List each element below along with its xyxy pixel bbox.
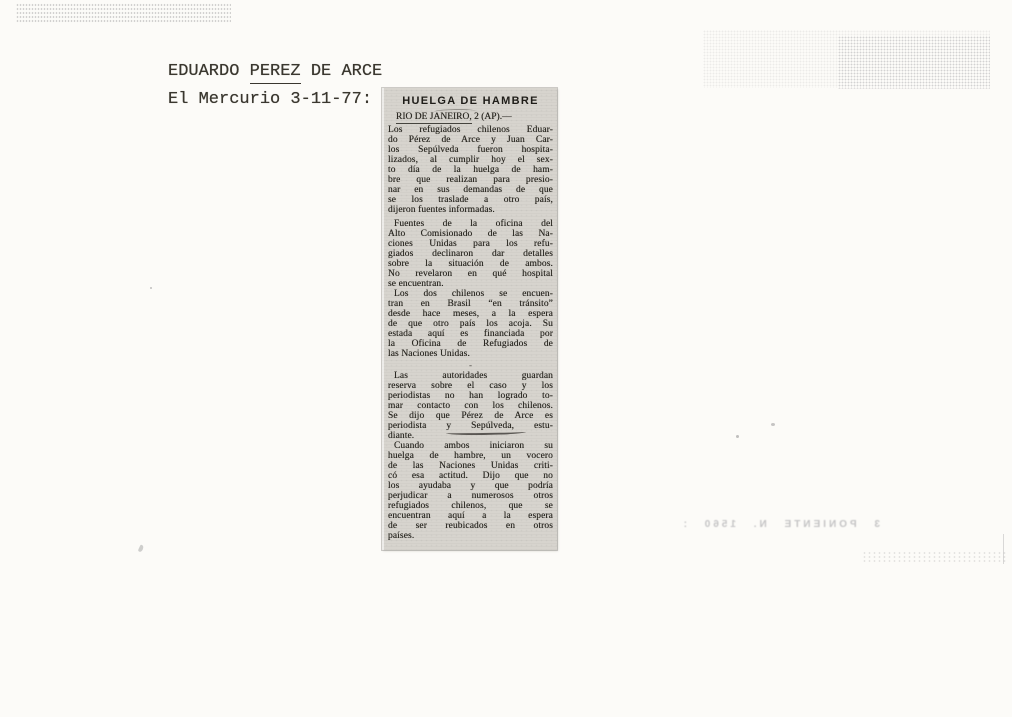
typed-name-line: EDUARDO PEREZ DE ARCE: [168, 62, 382, 82]
article-line: lizados, al cumplir hoy el sex-: [388, 155, 553, 165]
typed-name-post: DE ARCE: [301, 62, 383, 81]
article-line: nar en sus demandas de que: [388, 185, 553, 195]
article-line: Se dijo que Pérez de Arce es: [388, 411, 553, 421]
clipping-dateline: RIO DE JANEIRO, 2 (AP).—: [388, 112, 553, 123]
ink-bleedthrough-text: 3 PONIENTE N. 1560 :: [548, 519, 880, 534]
article-line: bre que realizan para presio-: [388, 175, 553, 185]
article-line: Los dos chilenos se encuen-: [388, 289, 553, 299]
article-line: Fuentes de la oficina del: [388, 219, 553, 229]
article-line: do Pérez de Arce y Juan Car-: [388, 135, 553, 145]
article-line: huelga de hambre, un vocero: [388, 451, 553, 461]
scan-noise-bottom-streak: [862, 551, 1008, 563]
article-line: de las Naciones Unidas criti-: [388, 461, 553, 471]
section-dash-mark: -: [388, 359, 553, 371]
article-line: sobre la situación de ambos.: [388, 259, 553, 269]
typed-annotation: EDUARDO PEREZ DE ARCE El Mercurio 3-11-7…: [168, 62, 382, 110]
ink-speck: [150, 287, 152, 289]
article-line: perjudicar a numerosos otros: [388, 491, 553, 501]
article-line: desde hace meses, a la espera: [388, 309, 553, 319]
scan-noise-top-right-dense: [838, 36, 990, 89]
article-line: se los traslade a otro país,: [388, 195, 553, 205]
article-line: giados declinaron dar detalles: [388, 249, 553, 259]
newspaper-clipping: HUELGA DE HAMBRE RIO DE JANEIRO, 2 (AP).…: [382, 88, 557, 550]
article-line: periodistas no han logrado to-: [388, 391, 553, 401]
article-line: Cuando ambos iniciaron su: [388, 441, 553, 451]
scan-noise-top-left: [16, 3, 231, 23]
article-line: Las autoridades guardan: [388, 371, 553, 381]
article-line: ciones Unidas para los refu-: [388, 239, 553, 249]
article-paragraph-1: Los refugiados chilenos Eduar-do Pérez d…: [388, 125, 553, 215]
article-line: estada aquí es financiada por: [388, 329, 553, 339]
article-paragraph-2: Fuentes de la oficina delAlto Comisionad…: [388, 219, 553, 289]
article-line: mar contacto con los chilenos.: [388, 401, 553, 411]
clipping-headline: HUELGA DE HAMBRE: [388, 94, 553, 108]
article-line: reserva sobre el caso y los: [388, 381, 553, 391]
article-line: de que otro país los acoja. Su: [388, 319, 553, 329]
article-line: encuentran aquí a la espera: [388, 511, 553, 521]
article-line: tran en Brasil “en tránsito”: [388, 299, 553, 309]
scanned-page: 3 PONIENTE N. 1560 : EDUARDO PEREZ DE AR…: [0, 0, 1012, 717]
article-line: Los refugiados chilenos Eduar-: [388, 125, 553, 135]
article-line: dijeron fuentes informadas.: [388, 205, 553, 215]
dateline-rest: 2 (AP).—: [472, 112, 512, 122]
page-crease: [1003, 534, 1004, 564]
article-line: có esa actitud. Dijo que no: [388, 471, 553, 481]
article-paragraph-5: Cuando ambos iniciaron suhuelga de hambr…: [388, 441, 553, 541]
article-line: las Naciones Unidas.: [388, 349, 553, 359]
article-line: países.: [388, 531, 553, 541]
article-line: to día de la huelga de ham-: [388, 165, 553, 175]
article-line: de ser reubicados en otros: [388, 521, 553, 531]
ink-speck: [771, 423, 775, 426]
article-line: la Oficina de Refugiados de: [388, 339, 553, 349]
typed-name-underlined: PEREZ: [250, 62, 301, 84]
article-line: refugiados chilenos, que se: [388, 501, 553, 511]
ink-speck: [736, 435, 739, 438]
article-line: los ayudaba y que podría: [388, 481, 553, 491]
ink-speck: [138, 544, 145, 552]
typed-source-line: El Mercurio 3-11-77:: [168, 90, 382, 110]
article-paragraph-3: Los dos chilenos se encuen-tran en Brasi…: [388, 289, 553, 359]
article-line: se encuentran.: [388, 279, 553, 289]
article-line: Alto Comisionado de las Na-: [388, 229, 553, 239]
article-line: los Sepúlveda fueron hospita-: [388, 145, 553, 155]
typed-name-pre: EDUARDO: [168, 62, 250, 81]
article-line: No revelaron en qué hospital: [388, 269, 553, 279]
